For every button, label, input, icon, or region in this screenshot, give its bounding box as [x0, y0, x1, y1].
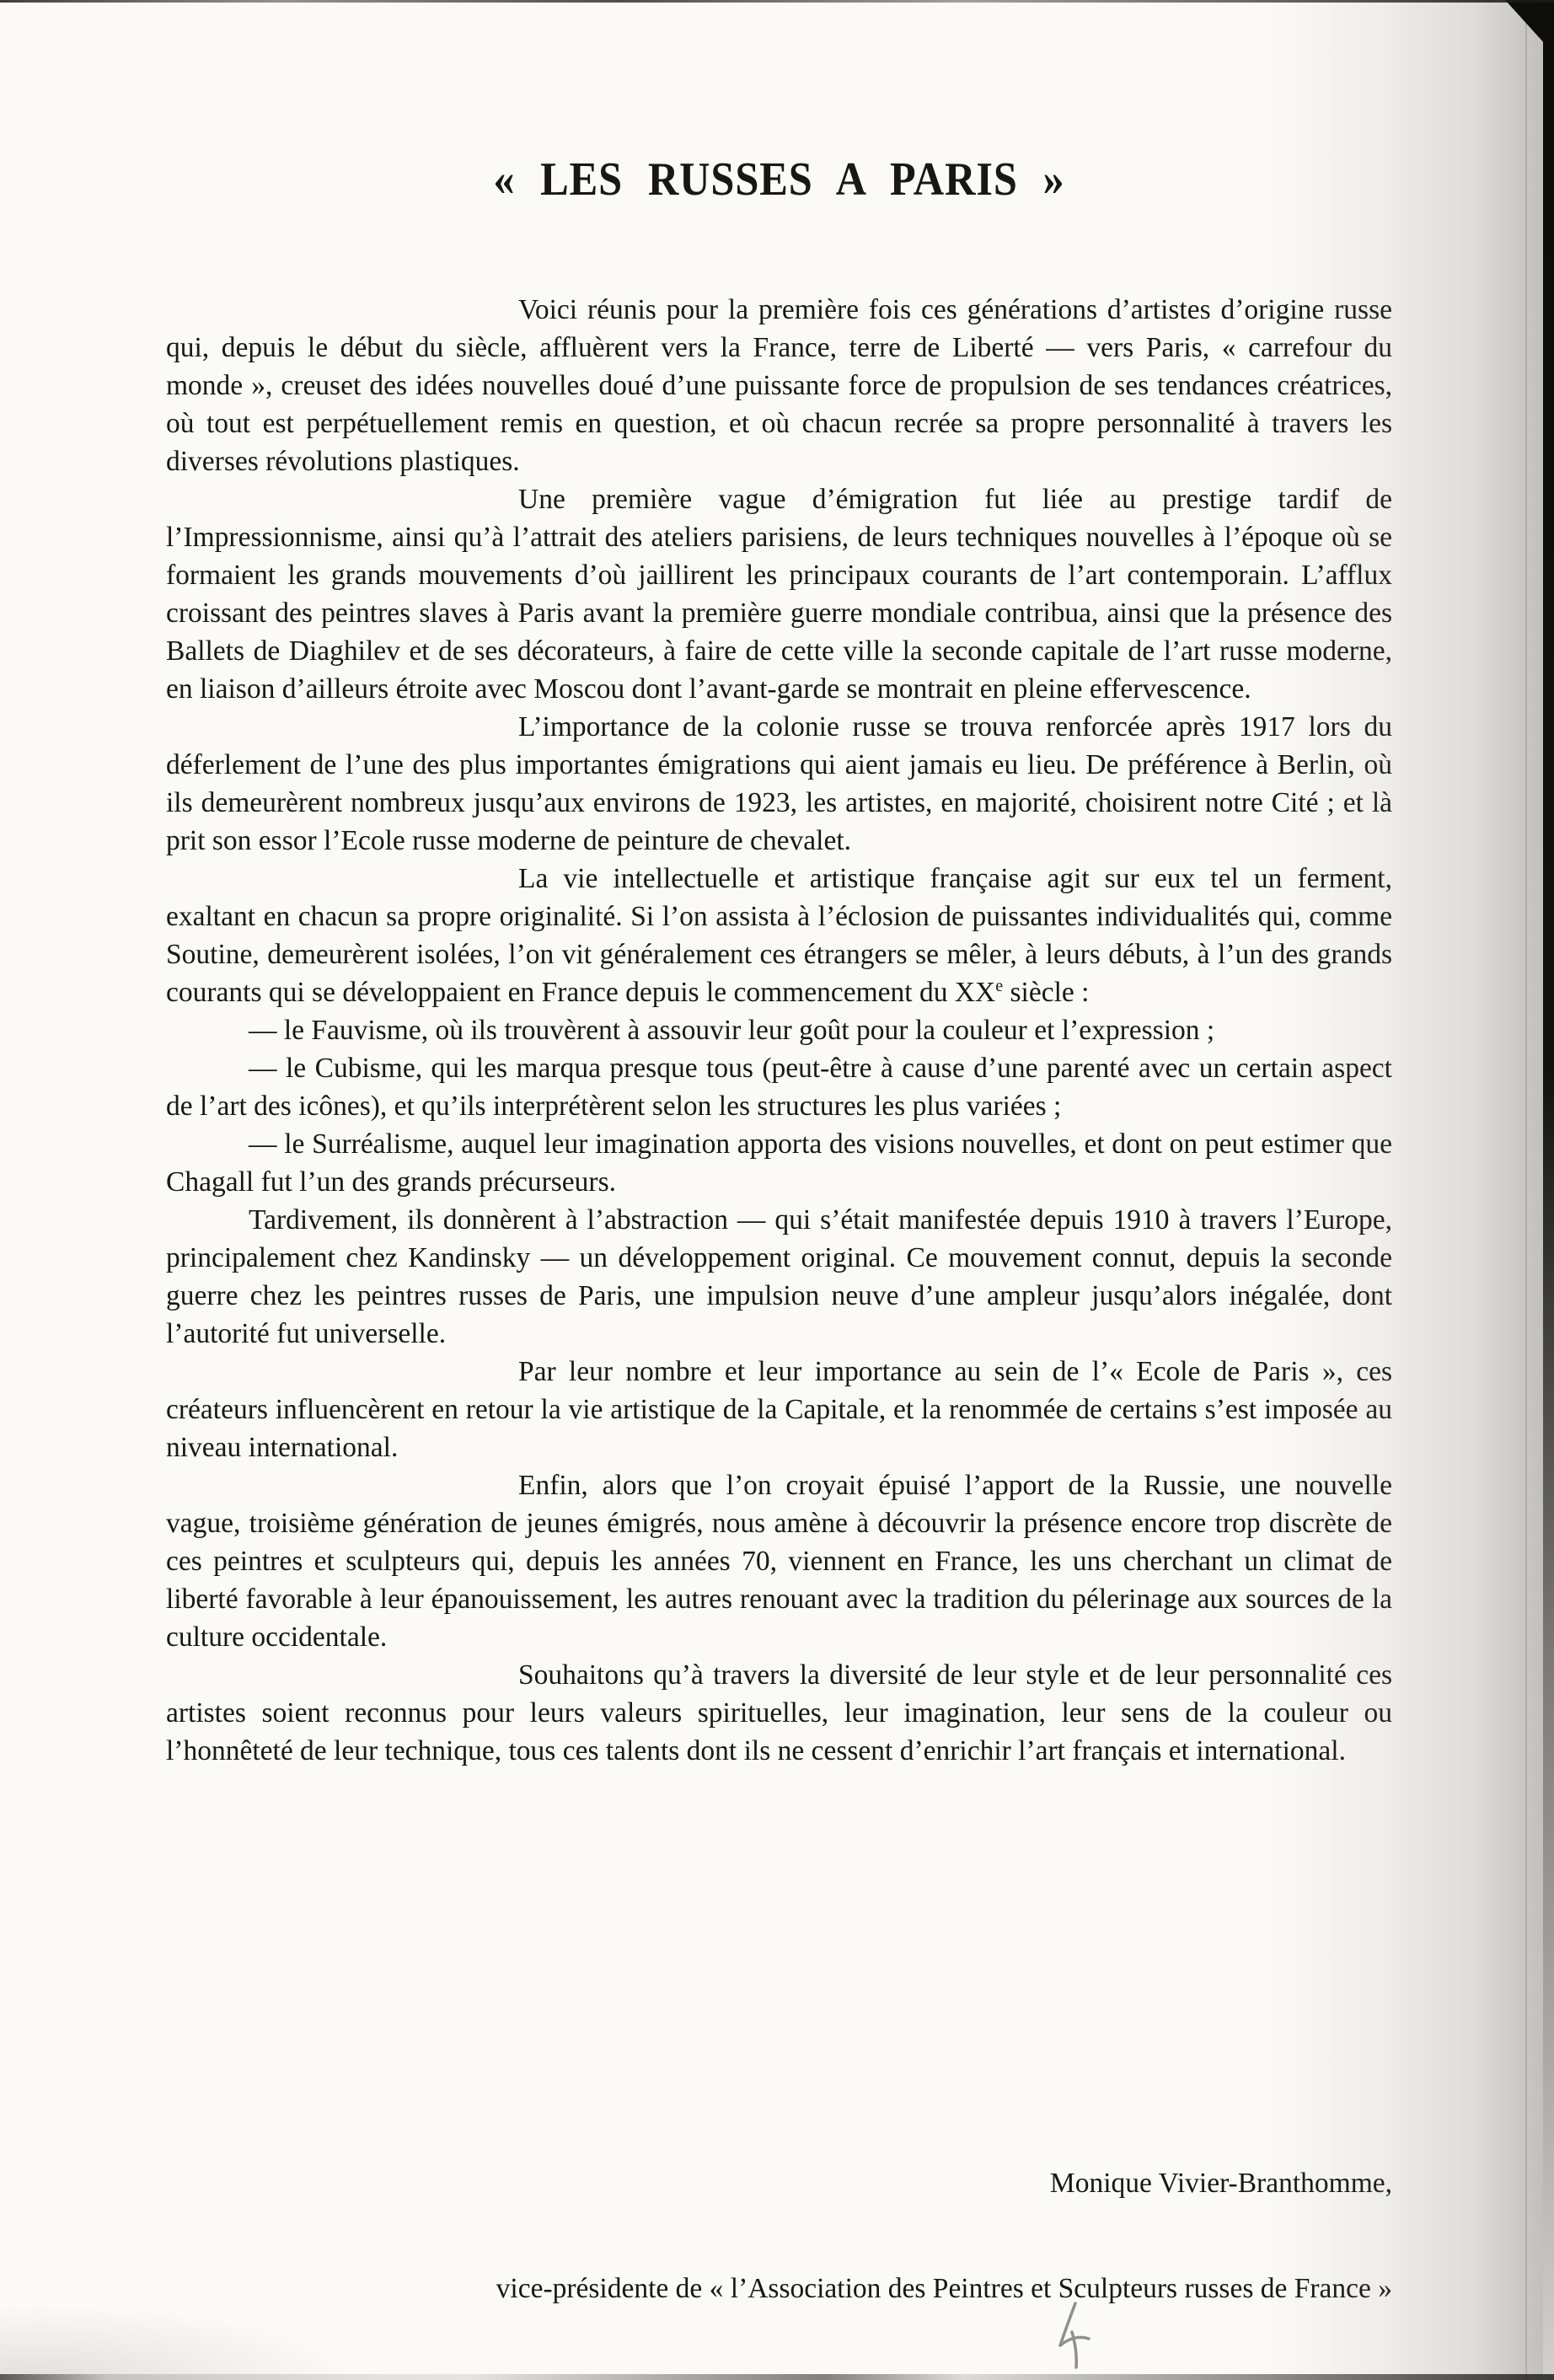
signature-role: vice-présidente de « l’Association des P… — [166, 2270, 1392, 2308]
paragraph-text: La vie intellectuelle et artistique fran… — [166, 863, 1392, 1008]
paragraph-text: siècle : — [1003, 977, 1089, 1008]
paragraph: Par leur nombre et leur importance au se… — [166, 1353, 1392, 1466]
scan-edge-bottom — [0, 2374, 1554, 2380]
scan-shadow-right — [1265, 0, 1543, 2380]
paragraph: Enfin, alors que l’on croyait épuisé l’a… — [166, 1466, 1392, 1656]
paragraph: L’importance de la colonie russe se trou… — [166, 708, 1392, 860]
signature-block: Monique Vivier-Branthomme, vice-présiden… — [166, 2164, 1392, 2308]
scan-edge-right — [1543, 0, 1554, 2380]
paragraph: Souhaitons qu’à travers la diversité de … — [166, 1656, 1392, 1770]
scanned-page: « LES RUSSES A PARIS » Voici réunis pour… — [0, 0, 1554, 2380]
list-item-cubisme: — le Cubisme, qui les marqua presque tou… — [166, 1049, 1392, 1125]
paragraph: Une première vague d’émigration fut liée… — [166, 480, 1392, 708]
paragraph: Tardivement, ils donnèrent à l’abstracti… — [166, 1201, 1392, 1353]
signature-name: Monique Vivier-Branthomme, — [166, 2164, 1392, 2202]
scan-smudge-bottom-left — [0, 2304, 354, 2380]
paragraph: Voici réunis pour la première fois ces g… — [166, 291, 1392, 480]
paragraph: La vie intellectuelle et artistique fran… — [166, 860, 1392, 1011]
scan-corner-wedge — [1505, 0, 1554, 54]
list-item-fauvisme: — le Fauvisme, où ils trouvèrent à assou… — [166, 1011, 1392, 1049]
scan-edge-top — [0, 0, 1554, 3]
list-item-surrealisme: — le Surréalisme, auquel leur imaginatio… — [166, 1125, 1392, 1201]
superscript-e: e — [995, 977, 1003, 995]
scan-crease-line — [1525, 0, 1527, 2380]
ink-smudge — [1047, 2302, 1101, 2373]
body-text: Voici réunis pour la première fois ces g… — [166, 291, 1392, 1770]
document-title: « LES RUSSES A PARIS » — [228, 153, 1332, 206]
